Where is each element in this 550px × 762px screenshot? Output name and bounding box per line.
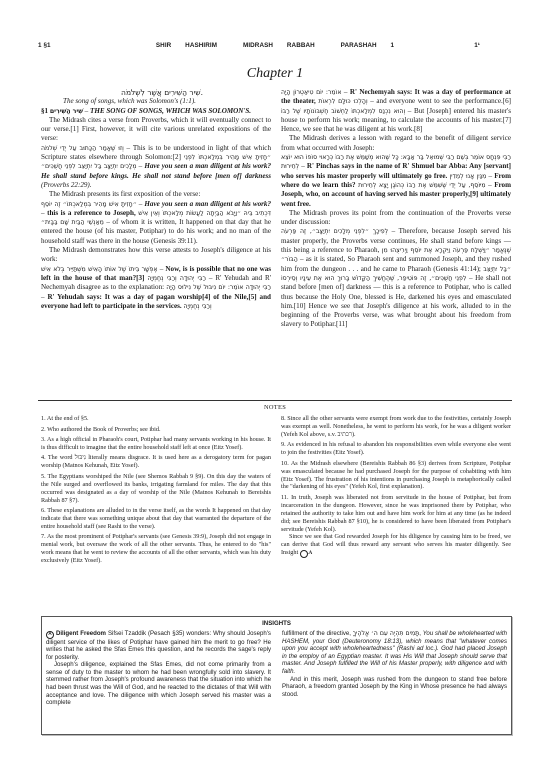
- insight-marker: A: [46, 631, 54, 639]
- hebrew-text: רַבִּי יְהוּדָה וְרַבִּי נְחֶמְיָה: [147, 275, 206, 282]
- note-11-continuation: Since we see that God rewarded Joseph fo…: [281, 533, 511, 557]
- hebrew-text: אוֹמֵר: יוֹם טִיאַטְרוֹן הָיָה: [281, 89, 341, 96]
- running-head-parashah: PARASHAH 1: [341, 42, 394, 49]
- note-2: 2. Who authored the Book of Proverbs; se…: [41, 426, 271, 434]
- note-4: 4. The word נִיבּוּל literally means dis…: [41, 454, 271, 470]
- hebrew-text: ״חָזִיתָ אִישׁ מָהִיר בִּמְלַאכְתּוֹ״ זֶ…: [41, 201, 137, 208]
- hebrew-text: דִּכְתִיב בֵּיהּ: [244, 210, 271, 217]
- insights-box: INSIGHTS A Diligent Freedom Sifsei Tzadd…: [41, 616, 512, 735]
- hebrew-text: רַבִּי יְהוּדָה אוֹמֵר: יוֹם נִיבּוּל שֶ…: [166, 284, 271, 291]
- hebrew-text: מִיּוֹסֵף, עַל יְדֵי שֶׁשִּׁמֵּשׁ אֶת רַ…: [358, 182, 485, 189]
- paragraph-proof: The Midrash proves its point from the co…: [281, 209, 511, 228]
- notes-divider: [38, 400, 512, 401]
- insights-title: INSIGHTS: [42, 620, 511, 627]
- english-text: He shall not stand before [men of] darkn…: [281, 274, 511, 328]
- section-hebrew: שִׁיר הַשִּׁירִים: [50, 108, 83, 115]
- paragraph-intro: The Midrash cites a verse from Proverbs,…: [41, 116, 271, 144]
- note-1: 1. At the end of §5.: [41, 415, 271, 423]
- insight-paragraph: Joseph's diligence, explained the Sfas E…: [46, 661, 271, 707]
- main-text-right-column: אוֹמֵר: יוֹם טִיאַטְרוֹן הָיָה – R' Nech…: [281, 88, 511, 330]
- note-3: 3. As a high official in Pharaoh's court…: [41, 436, 271, 452]
- insight-paragraph: A Diligent Freedom Sifsei Tzaddik (Pesac…: [46, 630, 271, 661]
- running-head-work: MIDRASH RABBAH: [243, 42, 315, 49]
- hebrew-text: וְזוּ שֶׁאָמַר הַכָּתוּב עַל יְדֵי שְׁלֹ…: [41, 145, 124, 152]
- insight-paragraph: And in this merit, Joseph was rushed fro…: [282, 676, 507, 699]
- paragraph-pinchas: רַבִּי פִּנְחָס אוֹמֵר בְּשֵׁם רַבִּי שְ…: [281, 153, 511, 209]
- note-10: 10. As the Midrash elsewhere (Bereishis …: [281, 460, 511, 492]
- note-9: 9. As evidenced in his refusal to abando…: [281, 441, 511, 457]
- note-text: Since we see that God rewarded Joseph fo…: [281, 533, 511, 556]
- hebrew-text: אֶפְשָׁר בֵּיתוֹ שֶׁל אוֹתוֹ הָאִישׁ מִש…: [41, 266, 158, 273]
- note-5: 5. The Egyptians worshiped the Nile (see…: [41, 473, 271, 505]
- page-number: 1¹: [474, 42, 480, 49]
- note-8: 8. Since all the other servants were exe…: [281, 415, 511, 439]
- note-6: 6. These explanations are alluded to in …: [41, 507, 271, 531]
- insight-reference-link[interactable]: A: [300, 550, 308, 558]
- english-text: R' Yehudah says: It was a day of pagan w…: [41, 293, 271, 310]
- verse-hebrew: שִׁיר הַשִּׁירִים אֲשֶׁר לִשְׁלֹמֹה.: [41, 88, 271, 97]
- notes-title: NOTES: [0, 404, 550, 411]
- english-text: as it is stated, So Pharaoh sent and sum…: [281, 255, 511, 272]
- paragraph-pharaoh: לְפִיכָךְ ״לִפְנֵי מְלָכִים יִתְיַצָּב״,…: [281, 227, 511, 329]
- notes-left-column: 1. At the end of §5. 2. Who authored the…: [41, 415, 271, 568]
- english-text: and everyone went to see the performance…: [376, 97, 511, 105]
- running-head-title: SHIR HASHIRIM MIDRASH RABBAH PARASHAH 1: [38, 42, 512, 49]
- chapter-title: Chapter 1: [0, 66, 550, 82]
- hebrew-text: וְרַבִּי נְחֶמְיָה: [183, 303, 211, 310]
- paragraph-demonstrates: The Midrash demonstrates how this verse …: [41, 246, 271, 265]
- paragraph-solomon: וְזוּ שֶׁאָמַר הַכָּתוּב עַל יְדֵי שְׁלֹ…: [41, 144, 271, 190]
- paragraph-joseph: ״חָזִיתָ אִישׁ מָהִיר בִּמְלַאכְתּוֹ״ זֶ…: [41, 200, 271, 246]
- note-7: 7. As the most prominent of Potiphar's s…: [41, 533, 271, 565]
- hebrew-text: לְפִיכָךְ ״לִפְנֵי מְלָכִים יִתְיַצָּב״,…: [281, 228, 388, 235]
- running-head-book: SHIR HASHIRIM: [156, 42, 217, 49]
- english-text: this is a reference to Joseph,: [47, 209, 136, 217]
- hebrew-text: וְהָלְכוּ כּוּלָּם לִרְאוֹת: [318, 98, 367, 105]
- paragraph-disagreement: אֶפְשָׁר בֵּיתוֹ שֶׁל אוֹתוֹ הָאִישׁ מִש…: [41, 265, 271, 311]
- main-text-left-column: שִׁיר הַשִּׁירִים אֲשֶׁר לִשְׁלֹמֹה. The…: [41, 88, 271, 311]
- insights-left-column: A Diligent Freedom Sifsei Tzaddik (Pesac…: [46, 630, 271, 707]
- insights-right-column: fulfillment of the directive, תָּמִים תִ…: [282, 630, 507, 698]
- hebrew-text: וְהוּא נִכְנַס לִמְלַאכְתּוֹ לַחְשׁוֹב ח…: [281, 108, 405, 115]
- section-marker: §1: [41, 107, 48, 115]
- section-heading: §1 שִׁיר הַשִּׁירִים – THE SONG OF SONGS…: [41, 107, 271, 116]
- paragraph-nechemyah: אוֹמֵר: יוֹם טִיאַטְרוֹן הָיָה – R' Nech…: [281, 88, 511, 134]
- insight-text: fulfillment of the directive,: [282, 630, 351, 637]
- paragraph-lesson: The Midrash derives a lesson with regard…: [281, 134, 511, 153]
- note-11: 11. In truth, Joseph was liberated not f…: [281, 494, 511, 534]
- citation: (Proverbs 22:29).: [41, 181, 92, 189]
- insight-heading: Diligent Freedom: [56, 630, 106, 637]
- hebrew-text: מִנַּיִן אָנוּ לְמֵדִין: [449, 173, 486, 180]
- section-caption: THE SONG OF SONGS, WHICH WAS SOLOMON'S.: [90, 107, 251, 115]
- insight-text: You shall be wholehearted with HASHEM, y…: [282, 630, 507, 675]
- hebrew-text: תָּמִים תִּהְיֶה עִם ה׳ אֱלֹהֶיךָ: [353, 630, 420, 637]
- notes-right-column: 8. Since all the other servants were exe…: [281, 415, 511, 560]
- verse-english: The song of songs, which was Solomon's (…: [41, 97, 271, 106]
- insight-paragraph: fulfillment of the directive, תָּמִים תִ…: [282, 630, 507, 676]
- paragraph-first-exposition: The Midrash presents its first expositio…: [41, 190, 271, 199]
- verse-translation: Have you seen a man diligent at his work…: [144, 200, 271, 208]
- running-head: 1 §1 SHIR HASHIRIM MIDRASH RABBAH PARASH…: [38, 42, 512, 54]
